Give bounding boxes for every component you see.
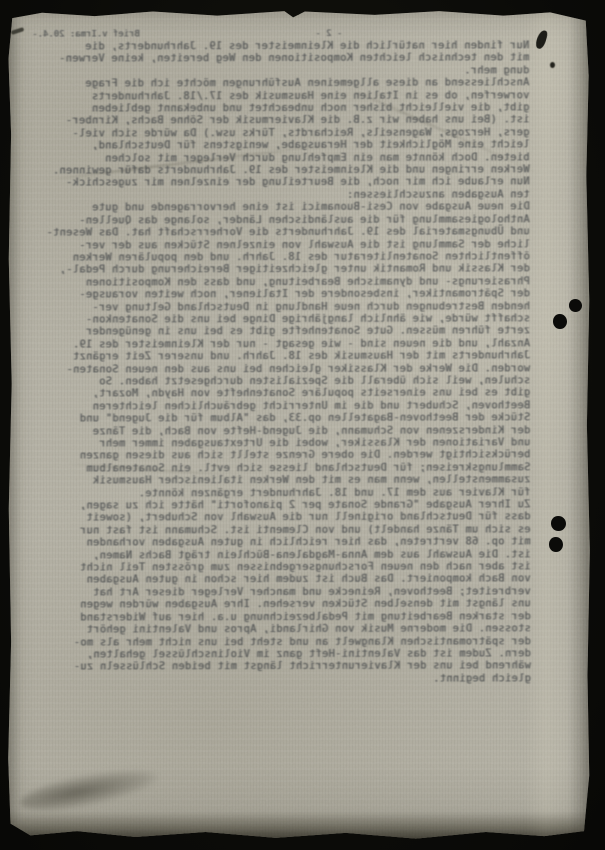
corner-dash-mark (11, 27, 25, 35)
scan-background: - 2 - Brief v.Irma: 20.4.- Nur finden hi… (0, 0, 605, 850)
paragraph-5: Zu Ihrer Ausgabe "Grande Sonate per 2 pi… (33, 499, 530, 686)
bottom-smudge-stain (17, 762, 160, 818)
paragraph-1: Nur finden hier natürlich die Kleinmeist… (32, 40, 529, 79)
punch-hole (549, 537, 563, 552)
header-note: Brief v.Irma: 20.4.- (32, 28, 140, 41)
typewritten-text-layer: - 2 - Brief v.Irma: 20.4.- Nur finden hi… (32, 27, 531, 686)
punch-hole (553, 314, 567, 329)
paragraph-3: Nun erlaube ich mir noch, die Beurteilun… (33, 177, 530, 203)
paragraph-2: Anschliessend an diese allgemeinen Ausfü… (32, 78, 529, 179)
ink-dot-mark (550, 62, 555, 68)
edge-nick (295, 9, 302, 15)
punch-hole (569, 299, 582, 312)
page-number: - 2 - (315, 28, 342, 40)
right-margin-light-band (525, 9, 577, 842)
paragraph-4: Die neue Ausgabe von Cesi-Buonamici ist … (33, 202, 531, 501)
bottom-edge-shadow (7, 812, 591, 842)
paper-sheet: - 2 - Brief v.Irma: 20.4.- Nur finden hi… (7, 9, 591, 842)
punch-hole (551, 516, 566, 531)
page-header: - 2 - Brief v.Irma: 20.4.- (32, 27, 529, 41)
